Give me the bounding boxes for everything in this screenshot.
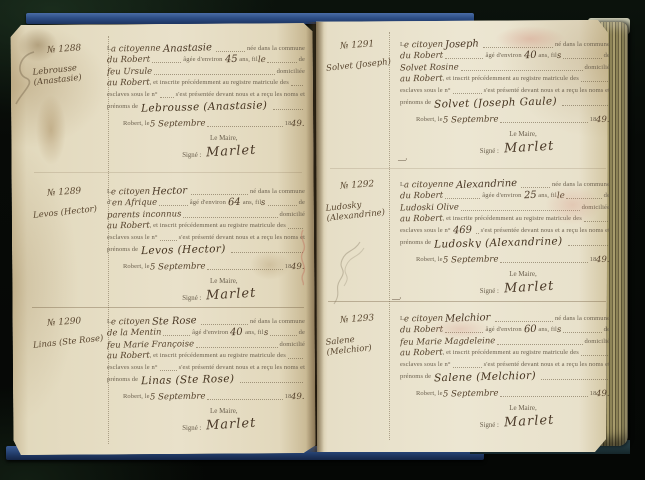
entry-form-lines: Le citoyenSte Rosené dans la communede l… (107, 315, 305, 385)
mayor-signature: Marlet (504, 413, 555, 431)
dotted-leader (495, 320, 553, 322)
handwritten-text: 40 (522, 51, 539, 61)
form-line: prénoms deSalene (Melchior) (400, 370, 610, 382)
printed-form-text: né dans la commune (250, 187, 305, 197)
left-page-separator-1 (34, 172, 302, 173)
mayor-signature: Marlet (504, 279, 555, 297)
form-line: du Robertâgée d'environ25ans, fillede (400, 190, 610, 202)
dotted-leader (207, 125, 283, 127)
handwritten-text: Anastasie (161, 43, 214, 54)
dotted-leader (240, 381, 303, 383)
form-line: La citoyenneAnastasienée dans la commune (107, 42, 305, 54)
handwritten-text: Salene (Melchior) (431, 370, 539, 381)
handwritten-text: du Robert (400, 51, 443, 61)
register-entry: № 1290 Linas (Ste Rose) Le citoyenSte Ro… (33, 315, 305, 432)
maire-label: Le Maire, (107, 407, 305, 415)
handwritten-text: Levos (Hector) (138, 243, 229, 254)
form-line: Solvet Rosinedomicilié (400, 61, 610, 73)
signature-line: Signé : Marlet (400, 414, 610, 429)
printed-form-text: domicilié (280, 210, 305, 220)
printed-form-text: , et inscrit précédemment au registre ma… (443, 348, 579, 358)
entry-form-column: La citoyenneAnastasienée dans la commune… (107, 42, 305, 159)
form-line: prénoms deLebrousse (Anastasie) (107, 100, 305, 112)
form-line: esclaves sous le n°s'est présenté devant… (400, 358, 610, 370)
dotted-leader (500, 121, 588, 123)
form-line: esclaves sous le n°s'est présentée devan… (107, 88, 305, 100)
handwritten-text: Solvet (Joseph Gaule) (431, 96, 560, 108)
printed-form-text: , et inscrite précédemment au registre m… (150, 78, 289, 88)
entry-date-line: Robert, le5 Septembre1849. (400, 114, 610, 126)
entry-number: № 1288 (33, 41, 108, 56)
entry-number: № 1293 (326, 311, 401, 326)
entry-form-lines: La citoyenneAnastasienée dans la commune… (107, 42, 305, 112)
entry-margin-column: № 1292 Ludosky (Alexandrine) (326, 178, 400, 295)
entry-form-lines: La citoyenneAlexandrinenée dans la commu… (400, 178, 610, 248)
printed-form-text: de (299, 198, 305, 208)
entry-form-lines: Le citoyenJosephné dans la communedu Rob… (400, 38, 610, 108)
maire-label: Le Maire, (107, 134, 305, 142)
handwritten-text: a citoyenne (111, 43, 161, 53)
dotted-leader (541, 378, 608, 380)
handwritten-text: Alexandrine (454, 178, 519, 189)
printed-form-text: Robert, le (416, 389, 443, 399)
dotted-leader (581, 80, 608, 82)
dotted-leader (183, 216, 277, 218)
printed-form-text: , et inscrite précédemment au registre m… (443, 214, 582, 224)
form-line: prénoms deLinas (Ste Rose) (107, 373, 305, 385)
mayor-signature: Marlet (206, 416, 257, 434)
entry-number: № 1290 (33, 314, 108, 329)
form-line: feu Marie Françoisedomicilié (107, 338, 305, 350)
dotted-leader (562, 104, 608, 106)
form-line: Ludoski Olivedomiciliée (400, 201, 610, 213)
handwritten-text: Melchior (443, 313, 493, 324)
printed-form-text: de (604, 325, 610, 335)
form-line: au Robert, et inscrit précédemment au re… (400, 73, 610, 85)
handwritten-text: feu Marie Françoise (107, 339, 194, 350)
printed-form-text: ans, fil (243, 198, 262, 208)
entry-date-line: Robert, le5 Septembre1849. (400, 388, 610, 400)
dotted-leader (497, 343, 582, 345)
printed-form-text: prénoms de (107, 375, 138, 385)
entry-margin-column: № 1290 Linas (Ste Rose) (33, 315, 107, 432)
register-entry: № 1288 Lebrousse (Anastasie) La citoyenn… (33, 42, 305, 159)
dotted-leader (445, 331, 483, 333)
printed-form-text: domicilié (585, 337, 610, 347)
entry-date-line: Robert, le5 Septembre1849. (107, 261, 305, 273)
form-line: d'en Afriqueâgé d'environ64ans, filsde (107, 197, 305, 209)
separator-ink-mark: —· (392, 294, 401, 303)
dotted-leader (500, 261, 588, 263)
handwritten-text: 469 (450, 226, 473, 236)
entry-margin-name: Linas (Ste Rose) (33, 333, 108, 351)
entry-margin-column: № 1288 Lebrousse (Anastasie) (33, 42, 107, 159)
printed-form-text: né dans la commune (555, 40, 610, 50)
printed-form-text: s'est présenté devant nous et a reçu les… (484, 360, 610, 370)
register-entry: № 1292 Ludosky (Alexandrine) La citoyenn… (326, 178, 610, 295)
form-line: parents inconnusdomicilié (107, 208, 305, 220)
dotted-leader (288, 227, 303, 229)
handwritten-text: le (557, 191, 565, 201)
printed-form-text: domiciliée (582, 203, 610, 213)
form-line: de la Mentinâgé d'environ40ans, filsde (107, 327, 305, 339)
maire-label: Le Maire, (107, 277, 305, 285)
handwritten-text: 64 (226, 198, 243, 208)
handwritten-text: au Robert (400, 74, 443, 84)
printed-form-text: , et inscrit précédemment au registre ma… (150, 221, 286, 231)
handwritten-text: s (261, 198, 266, 208)
printed-form-text: domiciliée (277, 67, 305, 77)
form-line: Le citoyenJosephné dans la commune (400, 38, 610, 50)
handwritten-text: 5 Septembre (150, 262, 206, 272)
dotted-leader (584, 220, 608, 222)
register-entry: № 1289 Levos (Hector) Le citoyenHectorné… (33, 185, 305, 302)
entry-margin-name: Salene (Melchior) (325, 330, 401, 358)
maire-label: Le Maire, (400, 270, 610, 278)
form-line: esclaves sous le n°469s'est présentée de… (400, 224, 610, 236)
printed-form-text: esclaves sous le n° (400, 360, 451, 370)
handwritten-text: 49. (596, 115, 610, 125)
printed-form-text: né dans la commune (555, 314, 610, 324)
printed-form-text: ans, fil (239, 55, 258, 65)
handwritten-text: 49. (291, 392, 305, 402)
form-line: Le citoyenSte Rosené dans la commune (107, 315, 305, 327)
entry-form-column: Le citoyenMelchiorné dans la communedu R… (400, 312, 610, 429)
dotted-leader (159, 204, 188, 206)
printed-form-text: esclaves sous le n° (107, 233, 158, 243)
printed-form-text: de (604, 191, 610, 201)
form-line: du Robertâgée d'environ45ans, fillede (107, 54, 305, 66)
printed-form-text: , et inscrit précédemment au registre ma… (443, 74, 579, 84)
printed-form-text: d' (107, 198, 112, 208)
dotted-leader (445, 197, 480, 199)
printed-form-text: âgé d'environ (485, 325, 521, 335)
form-line: prénoms deSolvet (Joseph Gaule) (400, 96, 610, 108)
form-line: au Robert, et inscrite précédemment au r… (107, 77, 305, 89)
printed-form-text: s'est présentée devant nous et a reçu le… (481, 226, 610, 236)
dotted-leader (273, 108, 303, 110)
dotted-leader (207, 398, 283, 400)
printed-form-text: domicilié (585, 63, 610, 73)
register-entry: № 1293 Salene (Melchior) Le citoyenMelch… (326, 312, 610, 429)
handwritten-text: du Robert (400, 191, 443, 201)
entry-number: № 1289 (33, 184, 108, 199)
dotted-leader (476, 232, 479, 234)
handwritten-text: Ludoski Olive (400, 202, 459, 213)
printed-form-text: prénoms de (400, 372, 431, 382)
signe-label: Signé : (182, 295, 201, 302)
form-line: au Robert, et inscrite précédemment au r… (400, 213, 610, 225)
printed-form-text: âgé d'environ (192, 328, 228, 338)
scanned-register-photo: —· —· № 1288 Lebrousse (Anastasie) La ci… (0, 0, 645, 480)
separator-ink-mark: —· (398, 155, 407, 164)
handwritten-text: s (264, 328, 269, 338)
entry-date-line: Robert, le5 Septembre1849. (400, 254, 610, 266)
printed-form-text: ans, fil (538, 325, 557, 335)
entry-form-lines: Le citoyenMelchiorné dans la communedu R… (400, 312, 610, 382)
printed-form-text: esclaves sous le n° (107, 90, 158, 100)
dotted-leader (267, 61, 296, 63)
handwritten-text: s (557, 325, 562, 335)
form-line: prénoms deLevos (Hector) (107, 243, 305, 255)
printed-form-text: âgé d'environ (190, 198, 226, 208)
right-page-separator-1 (330, 168, 606, 169)
handwritten-text: feu Ursule (107, 66, 152, 76)
handwritten-text: s (557, 51, 562, 61)
handwritten-text: a citoyenne (404, 179, 454, 189)
entry-form-column: Le citoyenSte Rosené dans la communede l… (107, 315, 305, 432)
printed-form-text: âgée d'environ (183, 55, 222, 65)
handwritten-text: e citoyen (404, 313, 443, 323)
entry-margin-name: Solvet (Joseph) (326, 56, 401, 74)
form-line: feu Ursuledomiciliée (107, 65, 305, 77)
mayor-signature: Marlet (504, 139, 555, 157)
form-line: au Robert, et inscrit précédemment au re… (107, 220, 305, 232)
maire-label: Le Maire, (400, 404, 610, 412)
entry-form-column: La citoyenneAlexandrinenée dans la commu… (400, 178, 610, 295)
dotted-leader (216, 50, 245, 52)
dotted-leader (201, 323, 248, 325)
form-line: esclaves sous le n°s'est présenté devant… (107, 361, 305, 373)
handwritten-text: le (258, 55, 266, 65)
printed-form-text: esclaves sous le n° (107, 363, 158, 373)
handwritten-text: Solvet Rosine (400, 62, 459, 73)
handwritten-text: du Robert (400, 325, 443, 335)
entry-form-lines: Le citoyenHectorné dans la communed'en A… (107, 185, 305, 255)
dotted-leader (191, 193, 248, 195)
dotted-leader (453, 366, 482, 368)
handwritten-text: au Robert (400, 348, 443, 358)
form-line: esclaves sous le n°s'est présenté devant… (400, 84, 610, 96)
signe-label: Signé : (182, 425, 201, 432)
printed-form-text: ans, fil (538, 51, 557, 61)
handwritten-text: 5 Septembre (443, 255, 499, 265)
dotted-leader (231, 251, 303, 253)
printed-form-text: âgée d'environ (482, 191, 521, 201)
handwritten-text: 49. (596, 255, 610, 265)
entry-margin-name: Ludosky (Alexandrine) (325, 196, 401, 224)
handwritten-text: Ludosky (Alexandrine) (431, 236, 566, 248)
printed-form-text: Robert, le (416, 255, 443, 265)
handwritten-text: Joseph (443, 39, 481, 50)
dotted-leader (152, 61, 181, 63)
printed-form-text: Robert, le (123, 392, 150, 402)
printed-form-text: prénoms de (107, 102, 138, 112)
entry-margin-name: Lebrousse (Anastasie) (32, 60, 108, 88)
printed-form-text: s'est présenté devant nous et a reçu les… (484, 86, 610, 96)
handwritten-text: 25 (521, 191, 538, 201)
form-line: du Robertâgé d'environ40ans, filsde (400, 50, 610, 62)
handwritten-text: 40 (228, 328, 245, 338)
left-page-separator-2 (32, 307, 304, 308)
printed-form-text: né dans la commune (250, 317, 305, 327)
dotted-leader (453, 92, 482, 94)
handwritten-text: 5 Septembre (150, 119, 206, 129)
entry-date-line: Robert, le5 Septembre1849. (107, 391, 305, 403)
handwritten-text: au Robert (107, 78, 150, 88)
dotted-leader (563, 57, 601, 59)
entry-margin-column: № 1293 Salene (Melchior) (326, 312, 400, 429)
printed-form-text: Robert, le (416, 115, 443, 125)
printed-form-text: de (299, 55, 305, 65)
handwritten-text: au Robert (400, 214, 443, 224)
dotted-leader (581, 354, 608, 356)
dotted-leader (270, 334, 297, 336)
signature-line: Signé : Marlet (400, 140, 610, 155)
right-page-separator-2 (328, 301, 606, 302)
handwritten-text: 49. (291, 262, 305, 272)
dotted-leader (207, 268, 283, 270)
form-line: La citoyenneAlexandrinenée dans la commu… (400, 178, 610, 190)
handwritten-text: e citoyen (404, 39, 443, 49)
handwritten-text: Lebrousse (Anastasie) (138, 100, 271, 112)
dotted-leader (154, 73, 274, 75)
dotted-leader (563, 331, 601, 333)
register-entry: № 1291 Solvet (Joseph) Le citoyenJosephn… (326, 38, 610, 155)
printed-form-text: ans, fil (538, 191, 557, 201)
printed-form-text: esclaves sous le n° (400, 86, 451, 96)
handwritten-text: Linas (Ste Rose) (138, 373, 238, 384)
dotted-leader (196, 346, 277, 348)
printed-form-text: âgé d'environ (485, 51, 521, 61)
printed-form-text: s'est présenté devant nous et a reçu les… (179, 363, 305, 373)
signature-line: Signé : Marlet (107, 144, 305, 159)
form-line: au Robert, et inscrit précédemment au re… (107, 350, 305, 362)
form-line: prénoms deLudosky (Alexandrine) (400, 236, 610, 248)
dotted-leader (461, 209, 580, 211)
handwritten-text: e citoyen (111, 316, 150, 326)
handwritten-text: parents inconnus (107, 209, 182, 220)
signe-label: Signé : (480, 148, 499, 155)
entry-form-column: Le citoyenHectorné dans la communed'en A… (107, 185, 305, 302)
printed-form-text: , et inscrit précédemment au registre ma… (150, 351, 286, 361)
signe-label: Signé : (480, 422, 499, 429)
form-line: Le citoyenHectorné dans la commune (107, 185, 305, 197)
signe-label: Signé : (182, 152, 201, 159)
printed-form-text: Robert, le (123, 262, 150, 272)
dotted-leader (483, 46, 553, 48)
printed-form-text: prénoms de (107, 245, 138, 255)
handwritten-text: 60 (522, 325, 539, 335)
handwritten-text: Ste Rose (150, 316, 199, 327)
entry-margin-column: № 1291 Solvet (Joseph) (326, 38, 400, 155)
handwritten-text: 45 (222, 55, 239, 65)
handwritten-text: 5 Septembre (443, 389, 499, 399)
printed-form-text: de (604, 51, 610, 61)
entry-form-column: Le citoyenJosephné dans la communedu Rob… (400, 38, 610, 155)
printed-form-text: de (299, 328, 305, 338)
signe-label: Signé : (480, 288, 499, 295)
dotted-leader (568, 244, 608, 246)
handwritten-text: 5 Septembre (150, 392, 206, 402)
printed-form-text: esclaves sous le n° (400, 226, 451, 236)
entry-date-line: Robert, le5 Septembre1849. (107, 118, 305, 130)
signature-line: Signé : Marlet (107, 417, 305, 432)
printed-form-text: Robert, le (123, 119, 150, 129)
signature-line: Signé : Marlet (400, 280, 610, 295)
dotted-leader (268, 204, 297, 206)
handwritten-text: en Afrique (112, 198, 157, 208)
dotted-leader (288, 357, 303, 359)
handwritten-text: feu Marie Magdeleine (400, 336, 495, 347)
dotted-leader (566, 197, 601, 199)
dotted-leader (160, 96, 174, 98)
entry-number: № 1292 (326, 177, 401, 192)
form-line: feu Marie Magdeleinedomicilié (400, 335, 610, 347)
form-line: du Robertâgé d'environ60ans, filsde (400, 324, 610, 336)
handwritten-text: e citoyen (111, 186, 150, 196)
printed-form-text: ans, fil (245, 328, 264, 338)
handwritten-text: au Robert (107, 221, 150, 231)
signature-line: Signé : Marlet (107, 287, 305, 302)
printed-form-text: prénoms de (400, 98, 431, 108)
book-gutter-fold (306, 22, 324, 452)
printed-form-text: s'est présenté devant nous et a reçu les… (179, 233, 305, 243)
dotted-leader (445, 57, 483, 59)
handwritten-text: Hector (150, 186, 189, 197)
dotted-leader (521, 186, 550, 188)
printed-form-text: née dans la commune (247, 44, 305, 54)
dotted-leader (160, 239, 177, 241)
handwritten-text: 49. (596, 389, 610, 399)
entry-margin-name: Levos (Hector) (33, 203, 108, 221)
handwritten-text: 49. (291, 119, 305, 129)
printed-form-text: s'est présentée devant nous et a reçu le… (176, 90, 305, 100)
form-line: esclaves sous le n°s'est présenté devant… (107, 231, 305, 243)
entry-number: № 1291 (326, 37, 401, 52)
handwritten-text: 5 Septembre (443, 115, 499, 125)
dotted-leader (461, 69, 583, 71)
mayor-signature: Marlet (206, 143, 257, 161)
dotted-leader (163, 334, 190, 336)
printed-form-text: domicilié (280, 340, 305, 350)
handwritten-text: de la Mentin (107, 328, 162, 338)
dotted-leader (160, 369, 177, 371)
handwritten-text: du Robert (107, 55, 150, 65)
dotted-leader (500, 395, 588, 397)
entry-margin-column: № 1289 Levos (Hector) (33, 185, 107, 302)
maire-label: Le Maire, (400, 130, 610, 138)
dotted-leader (291, 84, 303, 86)
mayor-signature: Marlet (206, 286, 257, 304)
form-line: Le citoyenMelchiorné dans la commune (400, 312, 610, 324)
printed-form-text: prénoms de (400, 238, 431, 248)
printed-form-text: née dans la commune (552, 180, 610, 190)
handwritten-text: au Robert (107, 351, 150, 361)
form-line: au Robert, et inscrit précédemment au re… (400, 347, 610, 359)
